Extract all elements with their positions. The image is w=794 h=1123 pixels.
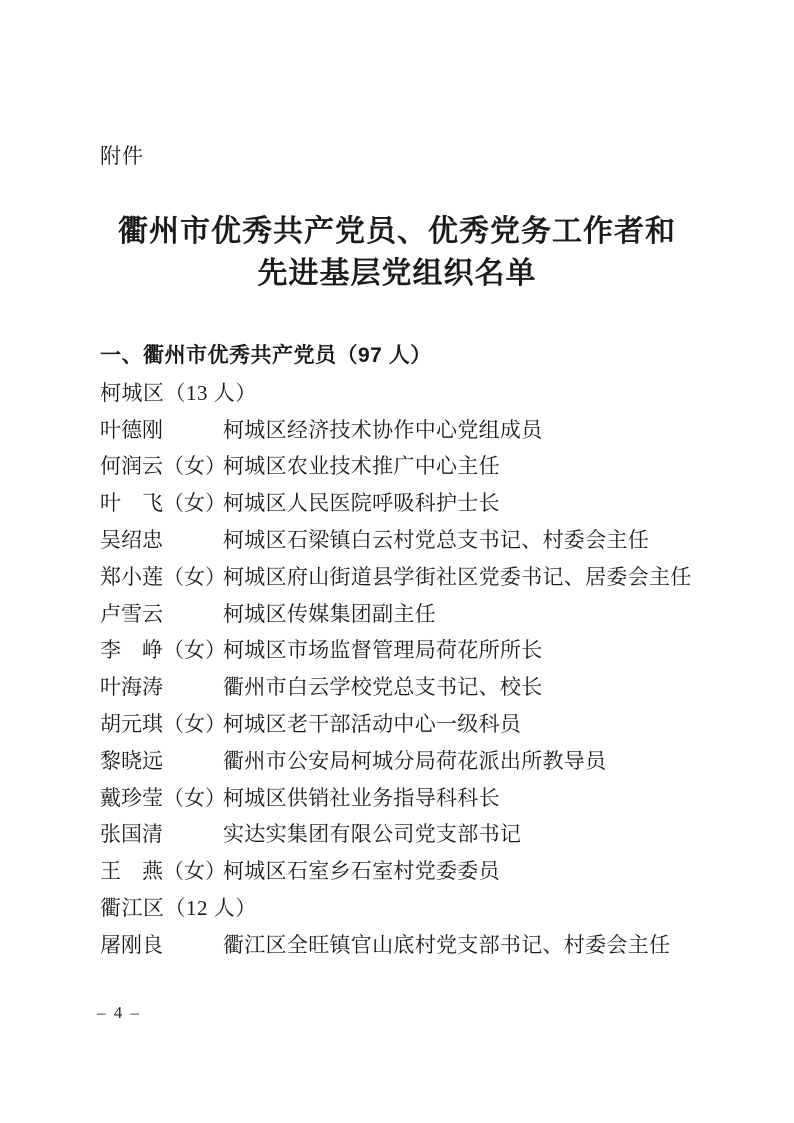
person-name: 王 燕 [100,859,163,883]
person-position: 柯城区供销社业务指导科科长 [223,780,500,817]
document-title-line1: 衢州市优秀共产党员、优秀党务工作者和 [0,211,794,253]
person-name: 郑小莲 [100,565,163,589]
group-header-qujiang: 衢江区（12 人） [100,890,696,927]
gender-note: （女） [163,786,226,810]
list-item: 叶德刚 柯城区经济技术协作中心党组成员 [100,412,696,449]
person-name: 吴绍忠 [100,528,163,552]
person-name: 叶 飞 [100,491,163,515]
document-body: 一、衢州市优秀共产党员（97 人） 柯城区（13 人） 叶德刚 柯城区经济技术协… [100,338,696,964]
document-page: 附件 衢州市优秀共产党员、优秀党务工作者和 先进基层党组织名单 一、衢州市优秀共… [0,0,794,1123]
list-item: 卢雪云 柯城区传媒集团副主任 [100,596,696,633]
list-item: 张国清 实达实集团有限公司党支部书记 [100,816,696,853]
list-item: 戴珍莹（女） 柯城区供销社业务指导科科长 [100,780,696,817]
list-item: 胡元琪（女） 柯城区老干部活动中心一级科员 [100,706,696,743]
person-name: 卢雪云 [100,602,163,626]
person-position: 柯城区农业技术推广中心主任 [223,448,500,485]
list-item: 王 燕（女） 柯城区石室乡石室村党委委员 [100,853,696,890]
page-number: – 4 – [97,1003,141,1023]
person-position: 实达实集团有限公司党支部书记 [223,816,521,853]
person-position: 衢州市公安局柯城分局荷花派出所教导员 [223,743,606,780]
gender-note: （女） [163,454,226,478]
person-name: 黎晓远 [100,749,163,773]
person-name: 叶海涛 [100,675,163,699]
gender-note: （女） [163,859,226,883]
gender-note: （女） [163,712,226,736]
list-item: 李 峥（女） 柯城区市场监督管理局荷花所所长 [100,632,696,669]
attachment-label: 附件 [100,144,144,170]
section-heading: 一、衢州市优秀共产党员（97 人） [100,338,696,375]
person-name: 何润云 [100,454,163,478]
person-position: 柯城区传媒集团副主任 [223,596,436,633]
list-item: 屠刚良 衢江区全旺镇官山底村党支部书记、村委会主任 [100,927,696,964]
gender-note: （女） [163,565,226,589]
person-name: 张国清 [100,822,163,846]
person-position: 柯城区市场监督管理局荷花所所长 [223,632,543,669]
person-position: 柯城区府山街道县学街社区党委书记、居委会主任 [223,559,692,596]
person-name: 叶德刚 [100,418,163,442]
list-item: 叶海涛 衢州市白云学校党总支书记、校长 [100,669,696,706]
list-item: 叶 飞（女） 柯城区人民医院呼吸科护士长 [100,485,696,522]
list-item: 吴绍忠 柯城区石梁镇白云村党总支书记、村委会主任 [100,522,696,559]
list-item: 黎晓远 衢州市公安局柯城分局荷花派出所教导员 [100,743,696,780]
person-name: 戴珍莹 [100,786,163,810]
document-title-line2: 先进基层党组织名单 [0,253,794,295]
person-position: 柯城区石室乡石室村党委委员 [223,853,500,890]
person-position: 柯城区人民医院呼吸科护士长 [223,485,500,522]
person-position: 柯城区经济技术协作中心党组成员 [223,412,543,449]
person-position: 衢江区全旺镇官山底村党支部书记、村委会主任 [223,927,670,964]
person-position: 柯城区石梁镇白云村党总支书记、村委会主任 [223,522,649,559]
gender-note: （女） [163,491,226,515]
person-position: 柯城区老干部活动中心一级科员 [223,706,521,743]
document-title: 衢州市优秀共产党员、优秀党务工作者和 先进基层党组织名单 [0,211,794,295]
list-item: 何润云（女） 柯城区农业技术推广中心主任 [100,448,696,485]
gender-note: （女） [163,638,226,662]
person-name: 屠刚良 [100,933,163,957]
person-name: 胡元琪 [100,712,163,736]
list-item: 郑小莲（女） 柯城区府山街道县学街社区党委书记、居委会主任 [100,559,696,596]
person-position: 衢州市白云学校党总支书记、校长 [223,669,543,706]
group-header-kecheng: 柯城区（13 人） [100,375,696,412]
person-name: 李 峥 [100,638,163,662]
